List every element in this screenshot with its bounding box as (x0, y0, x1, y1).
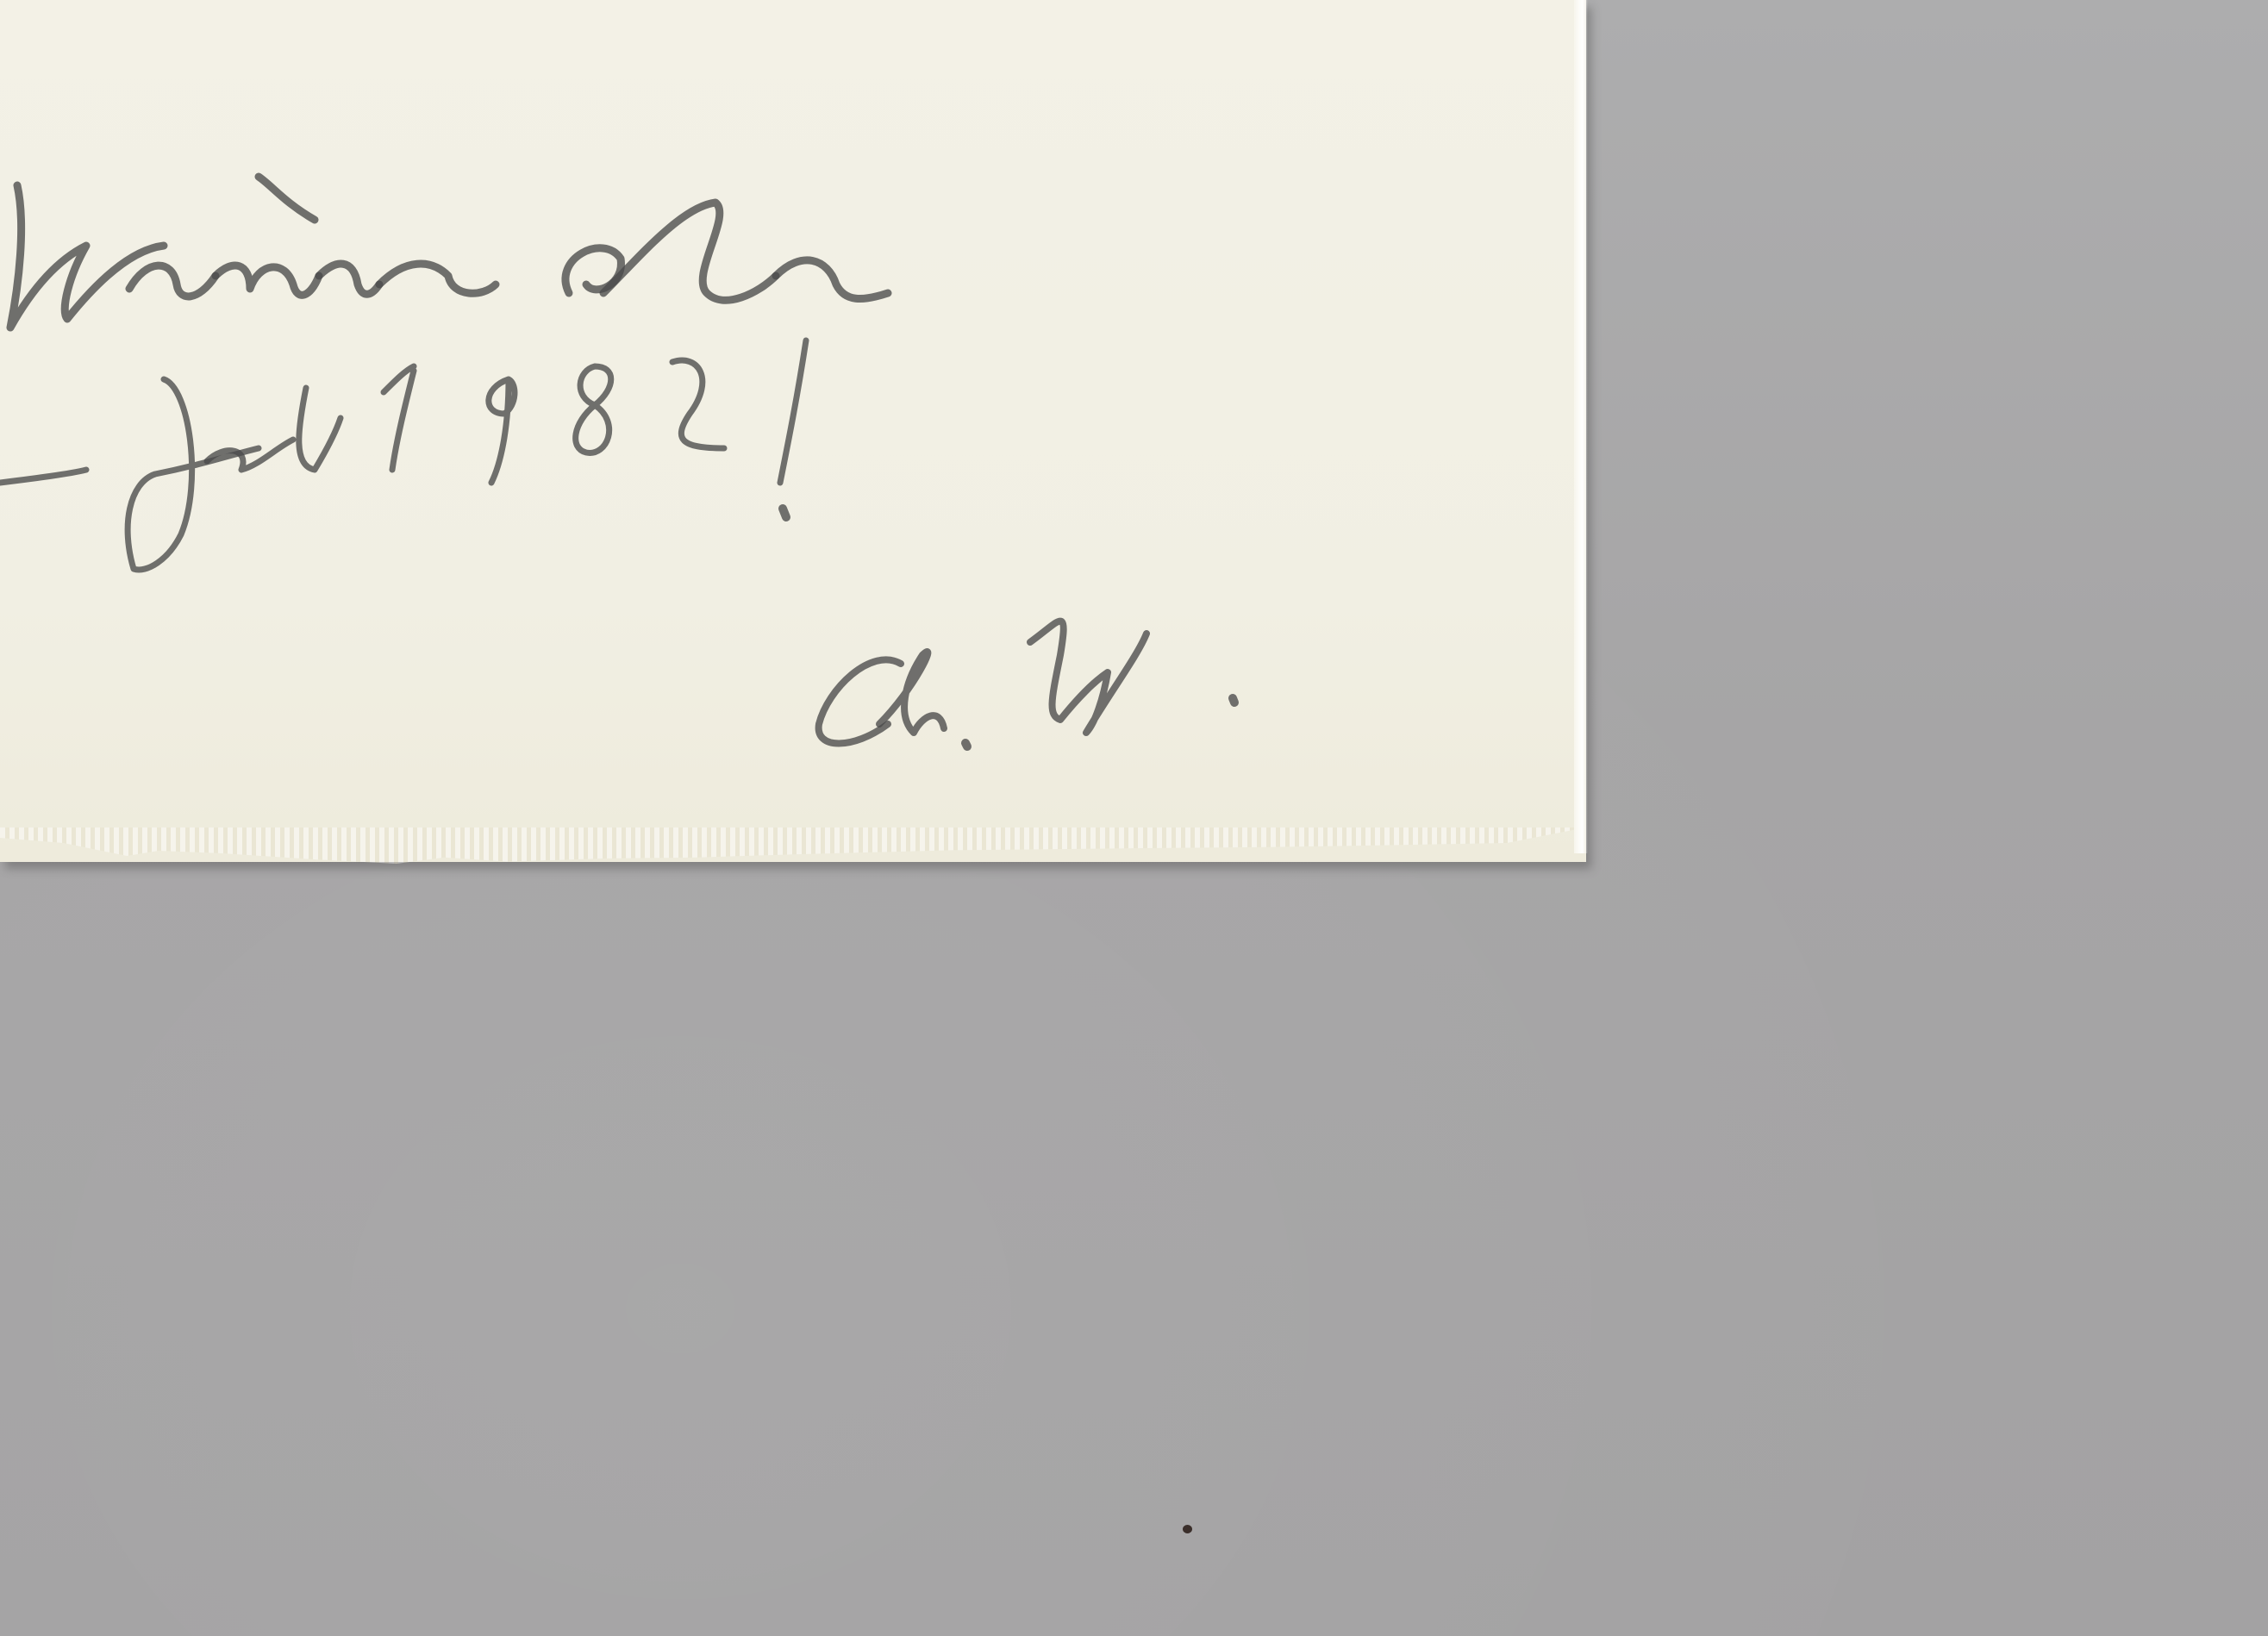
handwriting-line-2 (0, 340, 806, 570)
handwritten-line-2-text: Jahr 1982! (0, 414, 4, 415)
handwritten-line-1-text: Wünsche (0, 224, 4, 225)
handwriting-strokes (0, 0, 2268, 1636)
signature-strokes (819, 621, 1234, 746)
signature-text: Ch. W. (819, 672, 822, 673)
debris-speck (1183, 1525, 1192, 1533)
handwriting-line-1 (10, 177, 888, 328)
